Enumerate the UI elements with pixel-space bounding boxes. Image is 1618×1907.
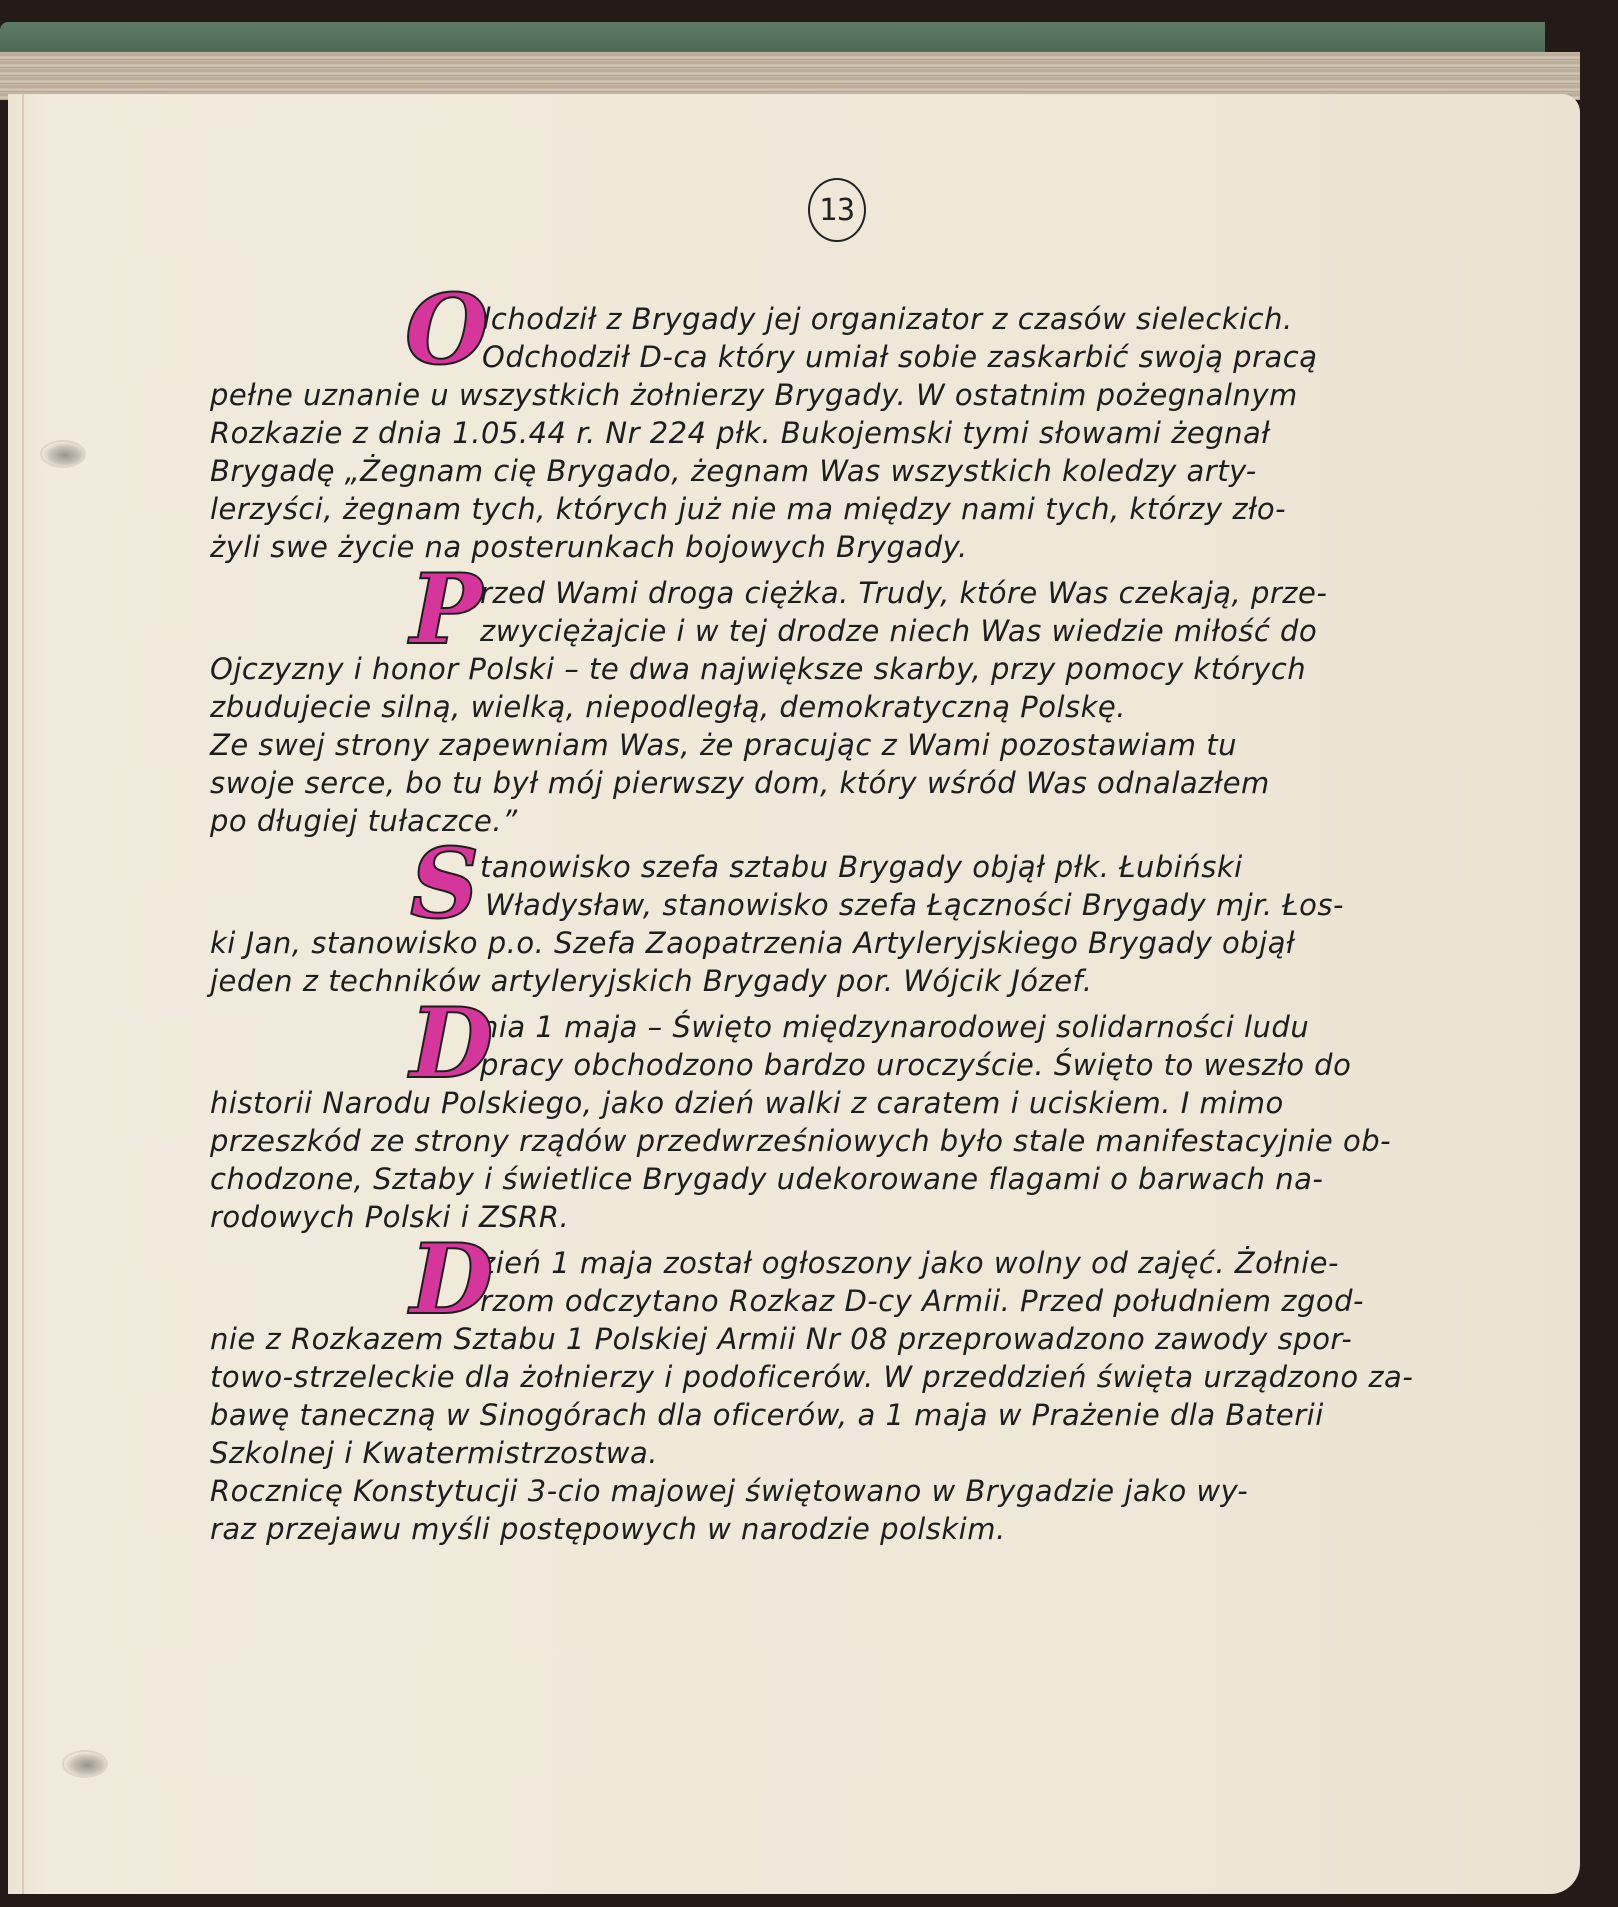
book-cover-spine <box>0 22 1545 56</box>
illuminated-initial-o: O <box>405 282 489 378</box>
page-number-text: 13 <box>819 193 855 228</box>
text-line: żyli swe życie na posterunkach bojowych … <box>210 528 1410 566</box>
text-line: Odchodził D-ca który umiał sobie zaskarb… <box>210 338 1410 376</box>
paragraph-2: P rzed Wami droga ciężka. Trudy, które W… <box>210 574 1410 840</box>
text-line: towo-strzeleckie dla żołnierzy i podofic… <box>210 1358 1410 1396</box>
text-line: Ojczyzny i honor Polski – te dwa najwięk… <box>210 650 1410 688</box>
illuminated-initial-s: S <box>410 836 480 932</box>
text-line: nia 1 maja – Święto międzynarodowej soli… <box>210 1008 1410 1046</box>
paragraph-4: D nia 1 maja – Święto międzynarodowej so… <box>210 1008 1410 1236</box>
text-line: pracy obchodzono bardzo uroczyście. Świę… <box>210 1046 1410 1084</box>
text-line: dchodził z Brygady jej organizator z cza… <box>210 300 1410 338</box>
text-line: jeden z techników artyleryjskich Brygady… <box>210 962 1410 1000</box>
text-line: po długiej tułaczce.” <box>210 802 1410 840</box>
text-line: Rocznicę Konstytucji 3-cio majowej święt… <box>210 1472 1410 1510</box>
text-line: Szkolnej i Kwatermistrzostwa. <box>210 1434 1410 1472</box>
text-line: zień 1 maja został ogłoszony jako wolny … <box>210 1244 1410 1282</box>
text-line: rzed Wami droga ciężka. Trudy, które Was… <box>210 574 1410 612</box>
page-edges <box>0 52 1580 100</box>
text-line: tanowisko szefa sztabu Brygady objął płk… <box>210 848 1410 886</box>
illuminated-initial-d-2: D <box>410 1232 494 1328</box>
text-line: Brygadę „Żegnam cię Brygado, żegnam Was … <box>210 452 1410 490</box>
text-line: przeszkód ze strony rządów przedwrześnio… <box>210 1122 1410 1160</box>
paragraph-1: O dchodził z Brygady jej organizator z c… <box>210 300 1410 566</box>
punch-hole-bottom <box>62 1750 108 1778</box>
paragraph-5: D zień 1 maja został ogłoszony jako woln… <box>210 1244 1410 1548</box>
illuminated-initial-d: D <box>410 996 494 1092</box>
text-line: ki Jan, stanowisko p.o. Szefa Zaopatrzen… <box>210 924 1410 962</box>
text-line: historii Narodu Polskiego, jako dzień wa… <box>210 1084 1410 1122</box>
text-line: swoje serce, bo tu był mój pierwszy dom,… <box>210 764 1410 802</box>
text-line: zbudujecie silną, wielką, niepodległą, d… <box>210 688 1410 726</box>
text-line: zwyciężajcie i w tej drodze niech Was wi… <box>210 612 1410 650</box>
text-line: rzom odczytano Rozkaz D-cy Armii. Przed … <box>210 1282 1410 1320</box>
text-line: bawę taneczną w Sinogórach dla oficerów,… <box>210 1396 1410 1434</box>
text-line: Władysław, stanowisko szefa Łączności Br… <box>210 886 1410 924</box>
text-line: lerzyści, żegnam tych, których już nie m… <box>210 490 1410 528</box>
handwritten-text: O dchodził z Brygady jej organizator z c… <box>210 300 1410 1548</box>
text-line: raz przejawu myśli postępowych w narodzi… <box>210 1510 1410 1548</box>
text-line: chodzone, Sztaby i świetlice Brygady ude… <box>210 1160 1410 1198</box>
text-line: pełne uznanie u wszystkich żołnierzy Bry… <box>210 376 1410 414</box>
paragraph-3: S tanowisko szefa sztabu Brygady objął p… <box>210 848 1410 1000</box>
text-line: Rozkazie z dnia 1.05.44 r. Nr 224 płk. B… <box>210 414 1410 452</box>
illuminated-initial-p: P <box>410 562 483 658</box>
binding-margin-line <box>22 94 24 1894</box>
text-line: nie z Rozkazem Sztabu 1 Polskiej Armii N… <box>210 1320 1410 1358</box>
text-line: Ze swej strony zapewniam Was, że pracują… <box>210 726 1410 764</box>
page-number: 13 <box>808 178 866 242</box>
punch-hole-top <box>40 440 86 468</box>
text-line: rodowych Polski i ZSRR. <box>210 1198 1410 1236</box>
